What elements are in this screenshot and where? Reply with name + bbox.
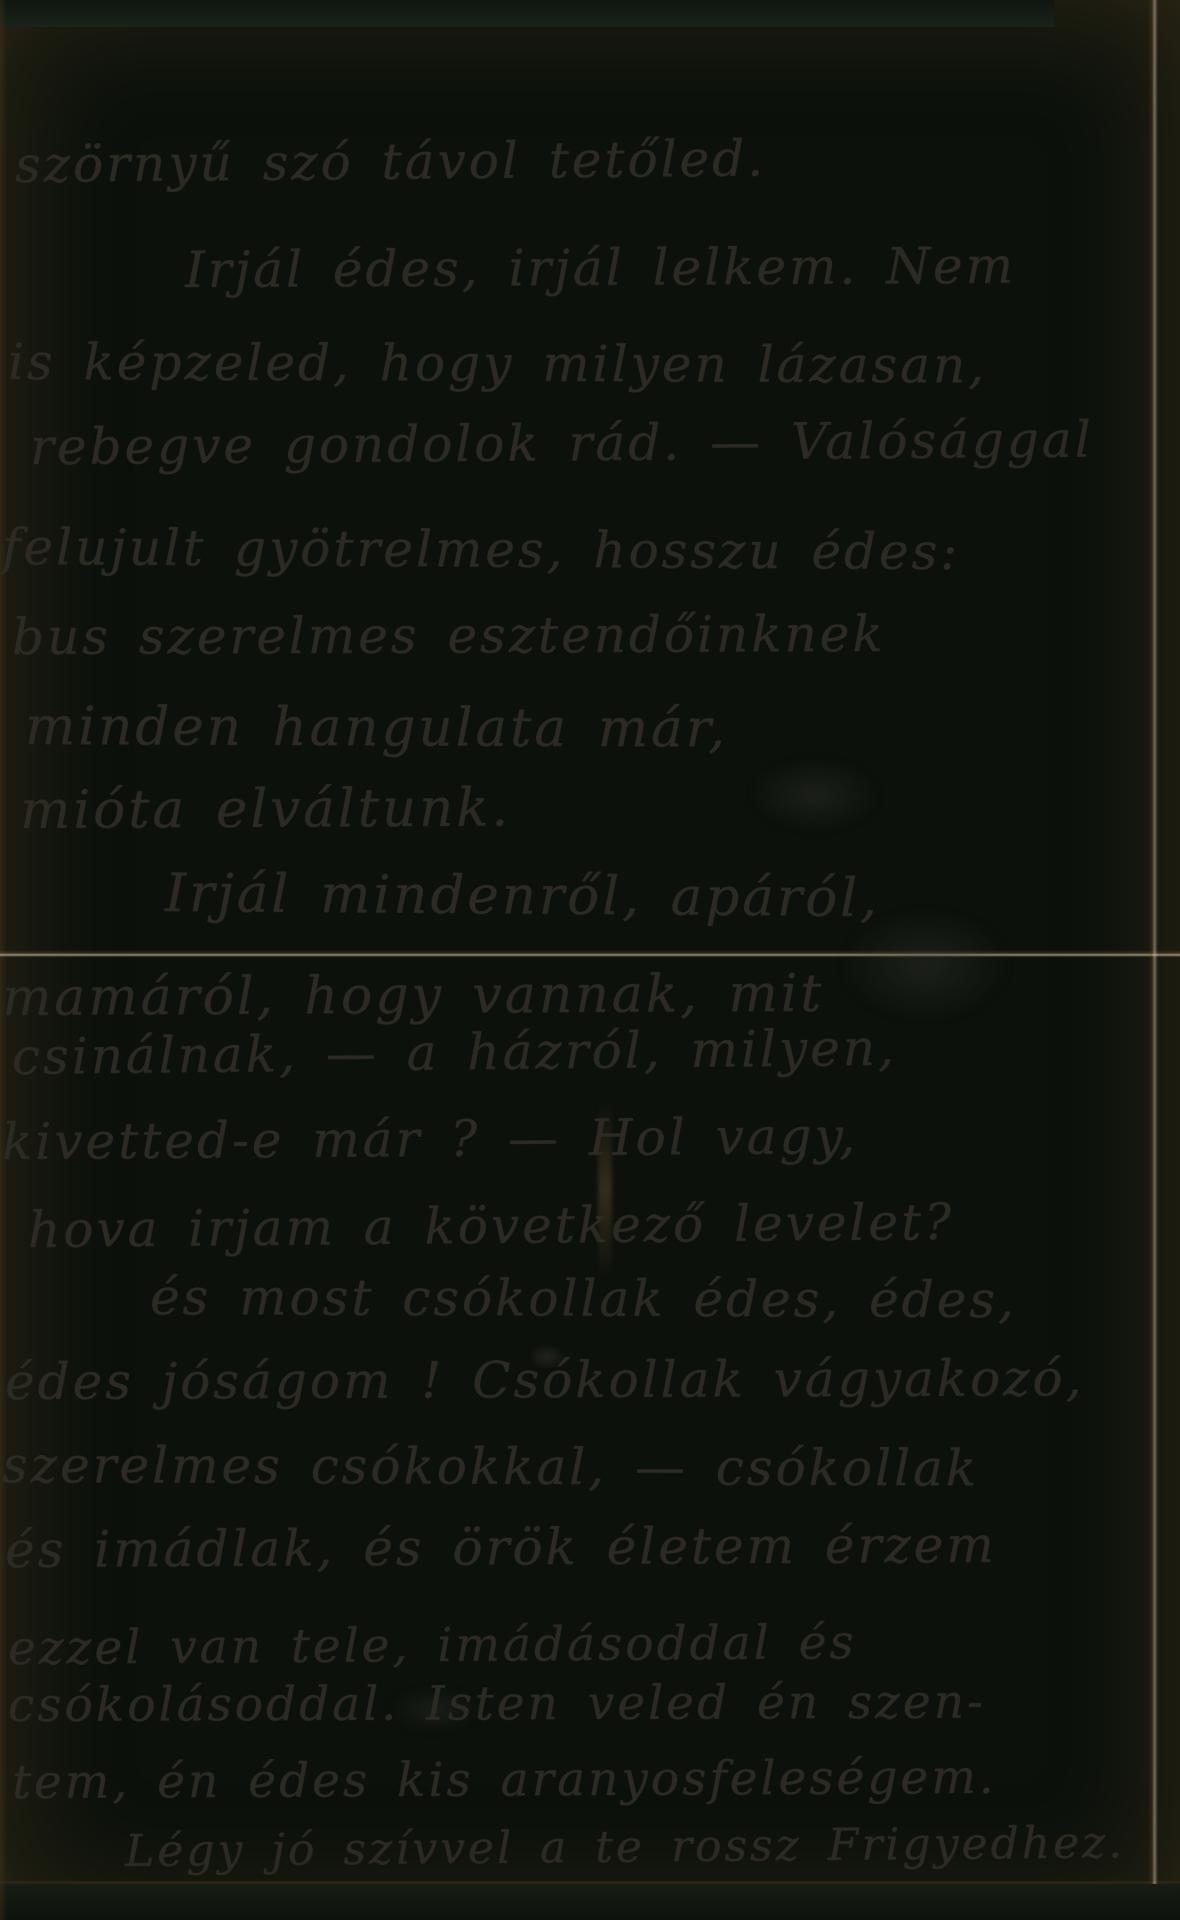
letter-line: Irjál édes, irjál lelkem. Nem (185, 237, 1016, 299)
letter-line: ezzel van tele, imádásoddal és (8, 1615, 857, 1676)
letter-line: szerelmes csókokkal, — csókollak (2, 1436, 979, 1497)
letter-line: Irjál mindenről, apáról, (165, 863, 880, 929)
letter-line: tem, én édes kis aranyosfeleségem. (12, 1750, 997, 1810)
letter-line: is képzeled, hogy milyen lázasan, (8, 333, 987, 394)
letter-line: édes jóságom ! Csókollak vágyakozó, (5, 1349, 1085, 1411)
letter-line: hova irjam a következő levelet? (28, 1193, 954, 1259)
letter-line: bus szerelmes esztendőinknek (12, 605, 886, 666)
letter-line: minden hangulata már, (25, 696, 728, 759)
letter-line: kivetted-e már ? — Hol vagy, (2, 1107, 858, 1171)
letter-line: csinálnak, — a házról, milyen, (12, 1019, 897, 1086)
letter-line: mamáról, hogy vannak, mit (2, 964, 825, 1028)
scan-border-bottom (0, 1881, 1180, 1920)
letter-line: mióta elváltunk. (20, 777, 512, 841)
letter-line: csókolásoddal. Isten veled én szen- (8, 1675, 986, 1733)
letter-line: szörnyű szó távol tetőled. (15, 129, 767, 194)
letter-line: és imádlak, és örök életem érzem (5, 1516, 997, 1579)
vertical-fold-crease (1148, 0, 1158, 1884)
letter-line: felujult gyötrelmes, hosszu édes: (2, 518, 960, 581)
ink-smudge (750, 760, 880, 830)
paper-left-edge-shadow (0, 0, 7, 1920)
letter-scan: szörnyű szó távol tetőled. Irjál édes, i… (0, 0, 1180, 1920)
letter-line: és most csókollak édes, édes, (150, 1268, 1017, 1329)
letter-line: rebegve gondolok rád. — Valósággal (30, 411, 1094, 476)
horizontal-fold-crease (0, 950, 1180, 958)
letter-line: Légy jó szívvel a te rossz Frigyedhez. (125, 1817, 1126, 1877)
scan-border-top (0, 0, 1054, 27)
